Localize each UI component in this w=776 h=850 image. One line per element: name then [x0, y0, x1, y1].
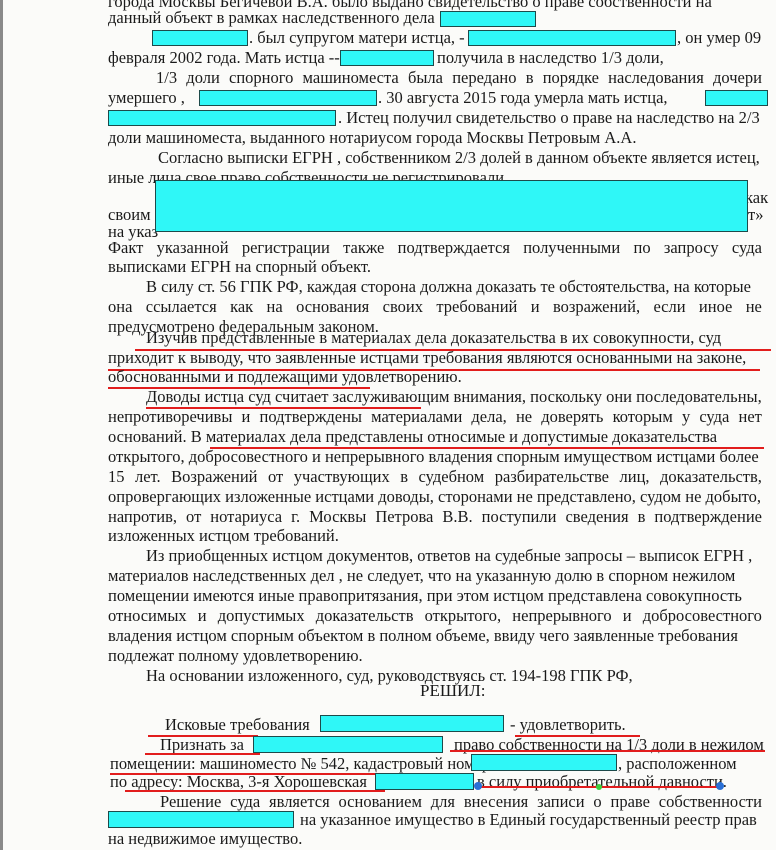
- text-line: т»: [748, 205, 763, 225]
- scan-edge: [0, 0, 3, 850]
- redaction-box: [468, 30, 676, 46]
- redaction-box: [705, 90, 768, 106]
- redaction-box: [375, 773, 474, 790]
- text-line: февраля 2002 года. Мать истца --: [108, 48, 340, 68]
- text-line: на указанное имущество в Единый государс…: [300, 810, 757, 830]
- text-line-highlighted: обоснованными и подлежащими удовлетворен…: [108, 367, 462, 387]
- text-line: помещении имеются иные правопритязания, …: [108, 586, 742, 606]
- text-line: . был супругом матери истца, -: [249, 28, 465, 48]
- text-line: получила в наследство 1/3 доли,: [437, 48, 664, 68]
- redaction-box: [440, 11, 536, 27]
- premises-text: помещении: машиноместо № 542, кадастровы…: [110, 754, 490, 774]
- text-line: Доводы истца суд считает заслуживающим в…: [146, 387, 762, 407]
- text-line: относимыхидопустимыхдоказательствоткрыто…: [108, 606, 762, 626]
- text-line: умершего ,: [108, 88, 185, 108]
- address-text: по адресу: Москва, 3-я Хорошевская: [110, 772, 367, 792]
- text-line: на недвижимое имущество.: [108, 829, 302, 849]
- redaction-box: [108, 811, 294, 828]
- text-line-highlighted: Изучив представленные в материалах дела …: [146, 328, 721, 348]
- text-line: онассылаетсякакнаоснованиясвоихтребовани…: [108, 297, 762, 317]
- text-line: Решениесудаявляетсяоснованиемдлявнесения…: [160, 792, 762, 812]
- redaction-box: [340, 50, 434, 66]
- text-line: Согласно выписки ЕГРН , собственником 2/…: [158, 148, 760, 168]
- text-line: открытого, добросовестного и непрерывног…: [108, 447, 759, 467]
- text-line: материалов наследственных дел , не следу…: [108, 566, 735, 586]
- text-line: подлежат полному удовлетворению.: [108, 646, 363, 666]
- claims-result: - удовлетворить.: [510, 715, 626, 735]
- selection-handle-start[interactable]: [474, 782, 482, 790]
- text-line: опровергающих изложенные истцами доводы,…: [108, 487, 761, 507]
- recognize-label: Признать за: [160, 735, 244, 755]
- text-line: изложенных истцом требований.: [108, 526, 339, 546]
- text-line: 15лет.Возраженийотучаствующихвсудебномра…: [108, 467, 762, 487]
- text-line: выписками ЕГРН на спорный объект.: [108, 257, 371, 277]
- decision-heading: РЕШИЛ:: [420, 681, 486, 701]
- redaction-box: [471, 754, 617, 771]
- text-line: непротиворечивыиподтвержденыматериаламид…: [108, 407, 762, 427]
- text-line: напротив,отнотариусаг.МосквыПетроваВ.В.п…: [108, 507, 762, 527]
- text-line-highlighted: приходит к выводу, что заявленные истцам…: [108, 348, 746, 368]
- text-line: владения истцом спорным объектом в полно…: [108, 626, 738, 646]
- selection-handle-end[interactable]: [716, 782, 724, 790]
- text-line: В силу ст. 56 ГПК РФ, каждая сторона дол…: [146, 277, 751, 297]
- claims-label: Исковые требования: [165, 715, 310, 735]
- address-suffix: в силу приобретательной давности.: [477, 772, 727, 792]
- text-line: Из приобщенных истцом документов, ответо…: [146, 546, 752, 566]
- text-line: 1/3долиспорногомашиноместабылапередановп…: [156, 68, 762, 88]
- text-line: . 30 августа 2015 года умерла мать истца…: [378, 88, 668, 108]
- premises-suffix: , расположенном: [618, 754, 737, 774]
- text-line: , он умер 09: [677, 28, 761, 48]
- redaction-box: [108, 110, 336, 126]
- redaction-box-large: [155, 180, 748, 232]
- text-line: данный объект в рамках наследственного д…: [108, 8, 435, 28]
- redaction-box: [199, 90, 377, 106]
- red-underline: [450, 750, 765, 752]
- text-line: Фактуказаннойрегистрациитакжеподтверждае…: [108, 238, 762, 258]
- text-line: . Истец получил свидетельство о праве на…: [338, 108, 760, 128]
- text-line: На основании изложенного, суд, руководст…: [146, 666, 633, 686]
- text-line: доли машиноместа, выданного нотариусом г…: [108, 128, 636, 148]
- redaction-box: [253, 736, 443, 753]
- recognize-right: право собственности на 1/3 доли в нежило…: [454, 735, 764, 755]
- selection-handle-mid[interactable]: [596, 784, 602, 790]
- redaction-box: [320, 715, 504, 732]
- redaction-box: [152, 30, 248, 46]
- text-line: оснований. В материалах дела представлен…: [108, 427, 717, 447]
